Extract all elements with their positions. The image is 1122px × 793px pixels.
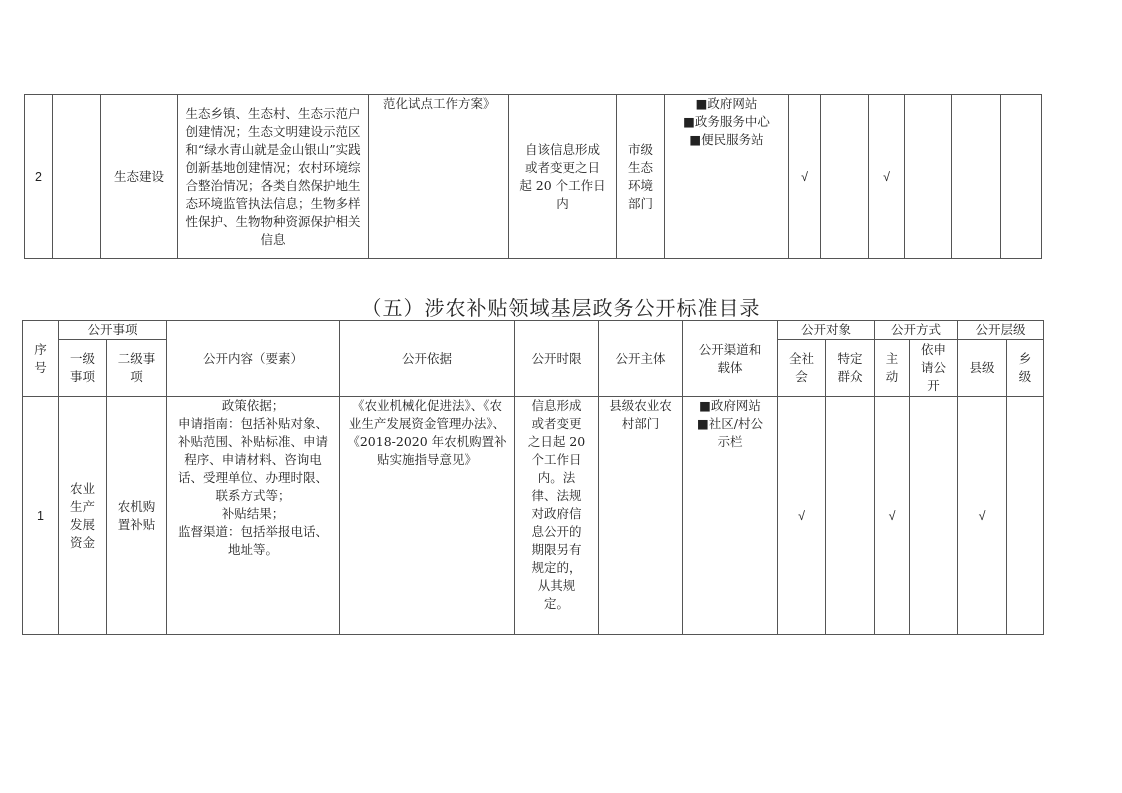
check-township <box>1001 95 1042 259</box>
content-line: 补贴结果； <box>173 505 333 523</box>
check-county <box>952 95 1001 259</box>
check-specific <box>821 95 869 259</box>
subsidy-table: 序号 公开事项 公开内容（要素） 公开依据 公开时限 公开主体 公开渠道和载体 … <box>22 320 1044 635</box>
channel-item: ■政府网站 <box>667 95 786 113</box>
check-on-request <box>905 95 952 259</box>
level1-item <box>53 95 101 259</box>
row-index: 2 <box>25 95 53 259</box>
table-row: 1 农业生产发展资金 农机购置补贴 政策依据； 申请指南：包括补贴对象、补贴范围… <box>23 397 1044 635</box>
disclosure-channels: ■政府网站 ■社区/村公示栏 <box>683 397 778 635</box>
row-index: 1 <box>23 397 59 635</box>
channel-item: ■政府网站 <box>695 397 765 415</box>
header-specific: 特定群众 <box>826 340 875 397</box>
content-line: 申请指南：包括补贴对象、补贴范围、补贴标准、申请程序、申请材料、咨询电话、受理单… <box>173 415 333 505</box>
content-line: 政策依据； <box>173 397 333 415</box>
header-method-group: 公开方式 <box>875 321 958 340</box>
time-limit: 自该信息形成或者变更之日起 20 个工作日内 <box>509 95 617 259</box>
header-basis: 公开依据 <box>340 321 515 397</box>
header-row: 序号 公开事项 公开内容（要素） 公开依据 公开时限 公开主体 公开渠道和载体 … <box>23 321 1044 340</box>
header-on-request: 依申请公开 <box>910 340 958 397</box>
header-items-group: 公开事项 <box>59 321 167 340</box>
header-township: 乡级 <box>1007 340 1044 397</box>
level2-item: 生态建设 <box>101 95 178 259</box>
header-level-group: 公开层级 <box>958 321 1044 340</box>
channel-item: ■政务服务中心 <box>667 113 786 131</box>
disclosure-content: 生态乡镇、生态村、生态示范户创建情况；生态文明建设示范区和“绿水青山就是金山银山… <box>178 95 369 259</box>
check-township <box>1007 397 1044 635</box>
header-channels: 公开渠道和载体 <box>683 321 778 397</box>
check-all-public: √ <box>789 95 821 259</box>
header-active: 主动 <box>875 340 910 397</box>
check-county: √ <box>958 397 1007 635</box>
channel-item: ■便民服务站 <box>667 131 786 149</box>
header-time-limit: 公开时限 <box>515 321 599 397</box>
level2-item: 农机购置补贴 <box>107 397 167 635</box>
content-line: 监督渠道：包括举报电话、地址等。 <box>173 523 333 559</box>
table-row: 2 生态建设 生态乡镇、生态村、生态示范户创建情况；生态文明建设示范区和“绿水青… <box>25 95 1042 259</box>
level1-item: 农业生产发展资金 <box>59 397 107 635</box>
disclosure-subject: 市级生态环境部门 <box>617 95 665 259</box>
disclosure-basis: 范化试点工作方案》 <box>369 95 509 259</box>
disclosure-content: 政策依据； 申请指南：包括补贴对象、补贴范围、补贴标准、申请程序、申请材料、咨询… <box>167 397 340 635</box>
eco-table-continued: 2 生态建设 生态乡镇、生态村、生态示范户创建情况；生态文明建设示范区和“绿水青… <box>24 94 1042 259</box>
header-index: 序号 <box>23 321 59 397</box>
check-all-public: √ <box>778 397 826 635</box>
check-active: √ <box>875 397 910 635</box>
header-all-public: 全社会 <box>778 340 826 397</box>
header-level1: 一级事项 <box>59 340 107 397</box>
check-on-request <box>910 397 958 635</box>
time-limit: 信息形成或者变更之日起 20 个工作日内。法律、法规对政府信息公开的期限另有规定… <box>515 397 599 635</box>
header-object-group: 公开对象 <box>778 321 875 340</box>
check-active: √ <box>869 95 905 259</box>
check-specific <box>826 397 875 635</box>
header-county: 县级 <box>958 340 1007 397</box>
disclosure-subject: 县级农业农村部门 <box>599 397 683 635</box>
header-subject: 公开主体 <box>599 321 683 397</box>
disclosure-channels: ■政府网站 ■政务服务中心 ■便民服务站 <box>665 95 789 259</box>
channel-item: ■社区/村公示栏 <box>695 415 765 451</box>
header-level2: 二级事项 <box>107 340 167 397</box>
header-content: 公开内容（要素） <box>167 321 340 397</box>
disclosure-basis: 《农业机械化促进法》、《农业生产发展资金管理办法》、《2018-2020 年农机… <box>340 397 515 635</box>
section-title: （五）涉农补贴领域基层政务公开标准目录 <box>0 292 1122 321</box>
